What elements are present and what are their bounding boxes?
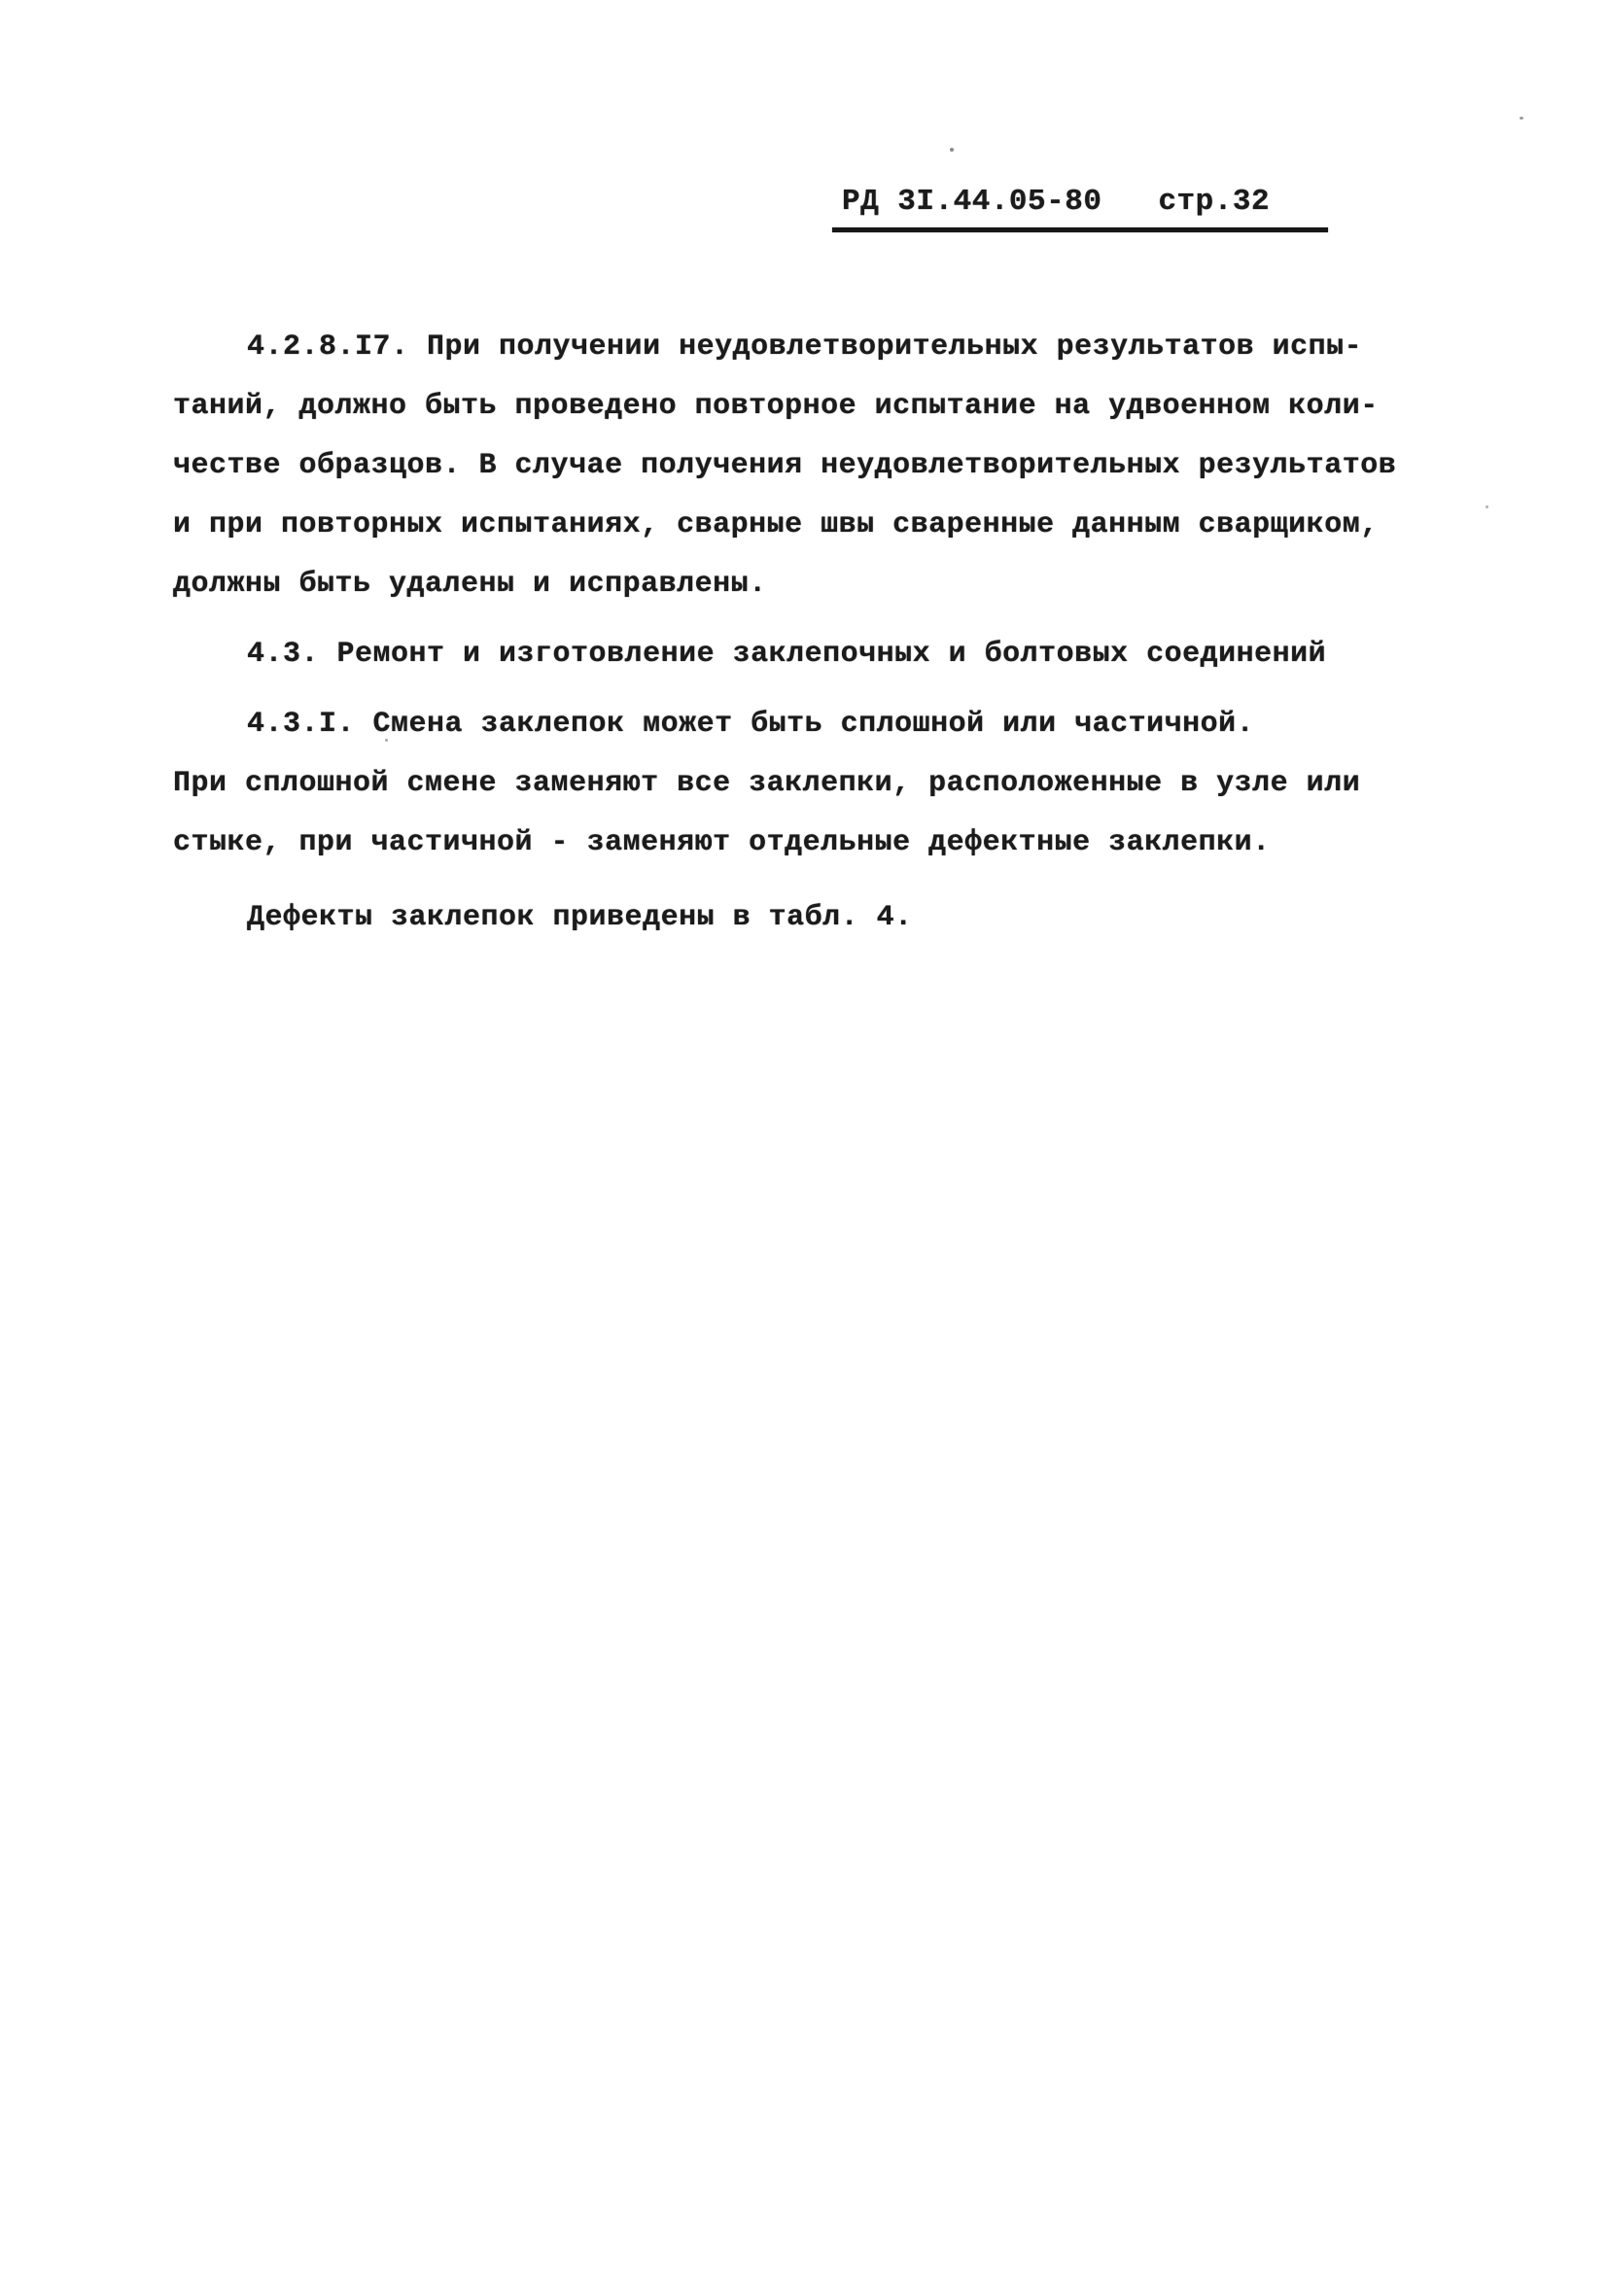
document-number: РД 3I.44.05-80 (842, 185, 1101, 219)
scan-speck (1520, 117, 1523, 120)
paragraph-line: честве образцов. В случае получения неуд… (173, 436, 1437, 496)
page-number-label: стр.32 (1158, 185, 1270, 219)
page-header: РД 3I.44.05-80 стр.32 (842, 185, 1270, 219)
paragraph-line: Дефекты заклепок приведены в табл. 4. (173, 888, 1437, 948)
paragraph-line: стыке, при частичной - заменяют отдельны… (173, 814, 1437, 873)
header-underline (832, 227, 1328, 232)
scan-speck (385, 739, 388, 742)
scan-speck (950, 148, 954, 152)
paragraph-line: и при повторных испытаниях, сварные швы … (173, 496, 1437, 555)
paragraph-line: должны быть удалены и исправлены. (173, 555, 1437, 614)
paragraph-line: 4.2.8.I7. При получении неудовлетворител… (173, 318, 1437, 377)
section-heading: 4.3. Ремонт и изготовление заклепочных и… (173, 625, 1437, 684)
paragraph-line: При сплошной смене заменяют все заклепки… (173, 754, 1437, 814)
scanned-document-page: РД 3I.44.05-80 стр.32 4.2.8.I7. При полу… (0, 0, 1608, 2296)
document-body: 4.2.8.I7. При получении неудовлетворител… (173, 318, 1437, 948)
paragraph-line: таний, должно быть проведено повторное и… (173, 377, 1437, 436)
scan-speck (1486, 505, 1488, 508)
paragraph-line: 4.3.I. Смена заклепок может быть сплошно… (173, 695, 1437, 754)
